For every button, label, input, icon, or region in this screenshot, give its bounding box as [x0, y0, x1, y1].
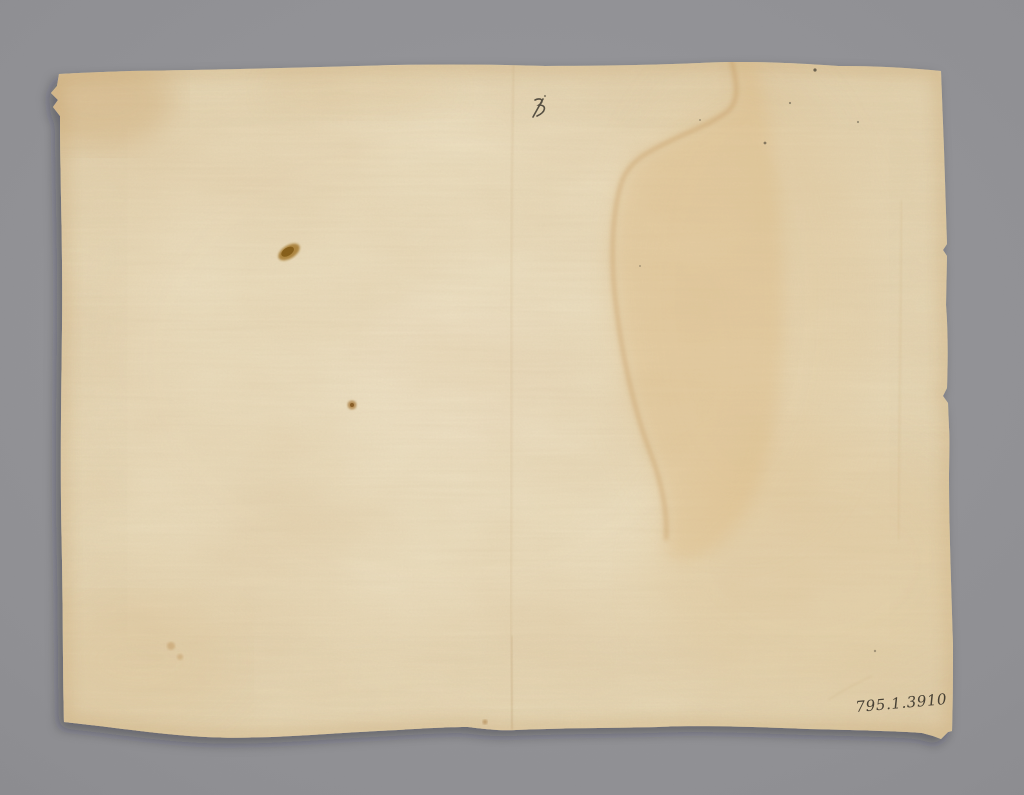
photo-canvas: 795.1.3910 — [0, 0, 1024, 795]
artifact-photo: 795.1.3910 — [0, 0, 1024, 795]
photo-grain-overlay — [0, 0, 1024, 795]
